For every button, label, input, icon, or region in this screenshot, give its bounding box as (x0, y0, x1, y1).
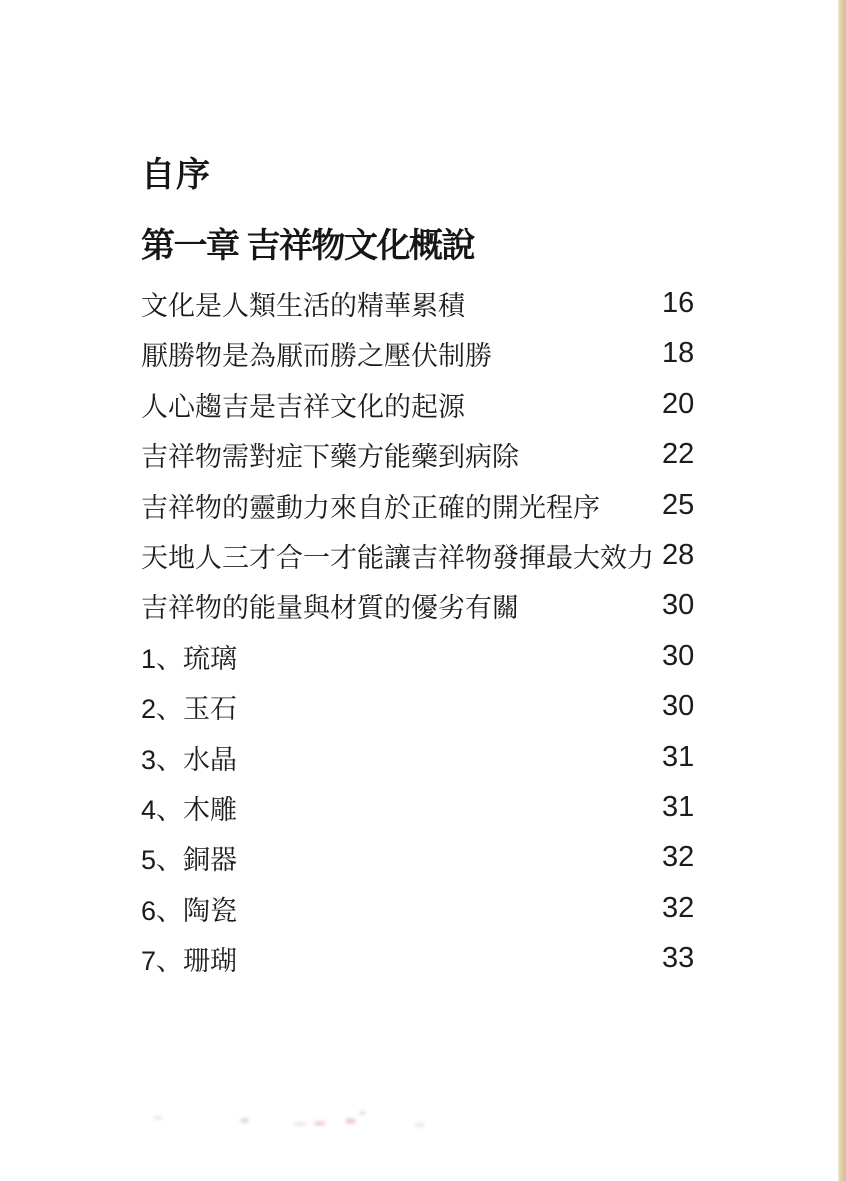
toc-row: 人心趨吉是吉祥文化的起源 20 (141, 382, 716, 432)
scan-smudge (240, 1118, 249, 1123)
toc-entry-title: 1、琉璃 (141, 634, 237, 684)
chapter-heading: 第一章 吉祥物文化概說 (141, 224, 474, 268)
toc-entry-title: 3、水晶 (141, 735, 237, 785)
toc-entry-title: 文化是人類生活的精華累積 (141, 281, 465, 331)
toc-row: 6、陶瓷 32 (141, 886, 716, 936)
preface-title: 自序 (141, 153, 211, 197)
toc-entry-page: 16 (662, 278, 694, 328)
toc-entry-page: 18 (662, 328, 694, 378)
toc-entry-title: 天地人三才合一才能讓吉祥物發揮最大效力 (141, 533, 654, 583)
toc-row: 吉祥物的能量與材質的優劣有關 30 (141, 583, 716, 633)
toc-entry-title: 7、珊瑚 (141, 936, 237, 986)
scan-smudge (293, 1122, 307, 1126)
toc-entry-title: 4、木雕 (141, 785, 237, 835)
toc-entry-title: 5、銅器 (141, 835, 237, 885)
toc-entry-page: 32 (662, 832, 694, 882)
toc-row: 2、玉石 30 (141, 684, 716, 734)
toc-row: 文化是人類生活的精華累積 16 (141, 281, 716, 331)
toc-row: 吉祥物的靈動力來自於正確的開光程序 25 (141, 483, 716, 533)
toc-entry-title: 吉祥物的能量與材質的優劣有關 (141, 583, 519, 633)
toc-entry-page: 28 (662, 530, 694, 580)
toc-row: 4、木雕 31 (141, 785, 716, 835)
toc-entry-page: 33 (662, 933, 694, 983)
toc-entry-page: 22 (662, 429, 694, 479)
toc-entry-page: 30 (662, 681, 694, 731)
toc-entry-title: 2、玉石 (141, 684, 237, 734)
scan-smudge (414, 1123, 425, 1127)
toc-row: 厭勝物是為厭而勝之壓伏制勝 18 (141, 331, 716, 381)
toc-row: 天地人三才合一才能讓吉祥物發揮最大效力 28 (141, 533, 716, 583)
toc-entry-title: 6、陶瓷 (141, 886, 237, 936)
scan-smudge (153, 1116, 163, 1120)
toc-entry-page: 31 (662, 782, 694, 832)
toc-row: 5、銅器 32 (141, 835, 716, 885)
toc-entry-title: 吉祥物需對症下藥方能藥到病除 (141, 432, 519, 482)
toc-entry-page: 20 (662, 379, 694, 429)
page-edge-stripe (838, 0, 846, 1181)
toc-entry-title: 人心趨吉是吉祥文化的起源 (141, 382, 465, 432)
toc-entry-title: 厭勝物是為厭而勝之壓伏制勝 (141, 331, 492, 381)
scan-smudge (359, 1111, 366, 1115)
toc-row: 7、珊瑚 33 (141, 936, 716, 986)
toc-row: 1、琉璃 30 (141, 634, 716, 684)
toc-entry-page: 31 (662, 732, 694, 782)
scanned-book-page: 自序 第一章 吉祥物文化概說 文化是人類生活的精華累積 16 厭勝物是為厭而勝之… (0, 0, 846, 1181)
table-of-contents: 文化是人類生活的精華累積 16 厭勝物是為厭而勝之壓伏制勝 18 人心趨吉是吉祥… (141, 281, 716, 986)
toc-entry-title: 吉祥物的靈動力來自於正確的開光程序 (141, 483, 600, 533)
toc-row: 3、水晶 31 (141, 735, 716, 785)
toc-entry-page: 25 (662, 480, 694, 530)
toc-entry-page: 30 (662, 631, 694, 681)
toc-entry-page: 32 (662, 883, 694, 933)
scan-smudge (314, 1121, 326, 1126)
toc-entry-page: 30 (662, 580, 694, 630)
toc-row: 吉祥物需對症下藥方能藥到病除 22 (141, 432, 716, 482)
scan-smudge (345, 1118, 356, 1124)
